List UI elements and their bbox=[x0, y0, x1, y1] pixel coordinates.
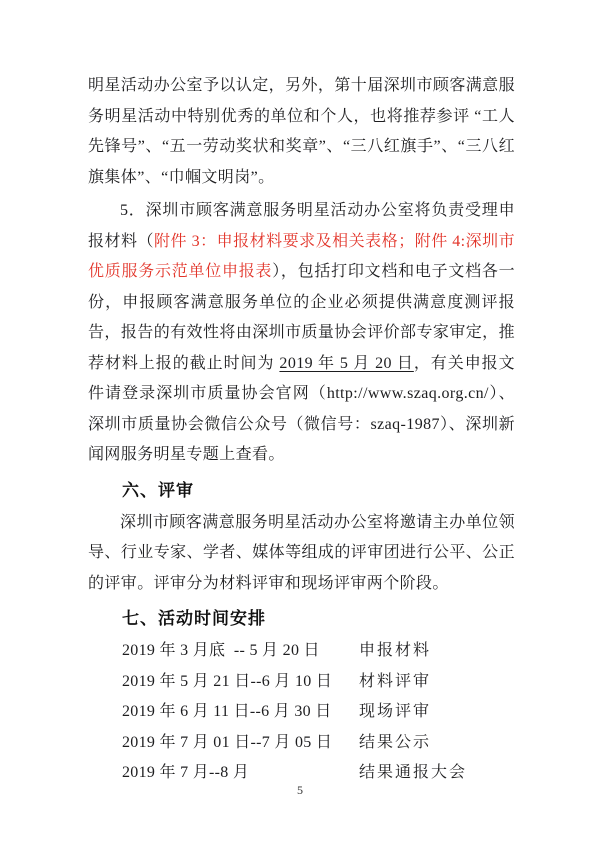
schedule-period: 2019 年 7 月 01 日--7 月 05 日 bbox=[122, 728, 359, 759]
paragraph-review: 深圳市顾客满意服务明星活动办公室将邀请主办单位领导、行业专家、学者、媒体等组成的… bbox=[88, 508, 515, 600]
schedule-row: 2019 年 6 月 11 日--6 月 30 日现场评审 bbox=[122, 697, 515, 728]
document-page: 明星活动办公室予以认定，另外，第十届深圳市顾客满意服务明星活动中特别优秀的单位和… bbox=[0, 0, 600, 848]
schedule-list: 2019 年 3 月底 -- 5 月 20 日申报材料2019 年 5 月 21… bbox=[88, 636, 515, 789]
text-segment: 深圳市顾客满意服务明星活动办公室将邀请主办单位领导、行业专家、学者、媒体等组成的… bbox=[88, 514, 515, 592]
document-content: 明星活动办公室予以认定，另外，第十届深圳市顾客满意服务明星活动中特别优秀的单位和… bbox=[88, 71, 515, 789]
schedule-task: 现场评审 bbox=[359, 697, 431, 728]
schedule-row: 2019 年 5 月 21 日--6 月 10 日材料评审 bbox=[122, 667, 515, 698]
deadline-date-underlined: 2019 年 5 月 20 日 bbox=[279, 355, 413, 372]
schedule-period: 2019 年 3 月底 -- 5 月 20 日 bbox=[122, 636, 359, 667]
schedule-row: 2019 年 7 月 01 日--7 月 05 日结果公示 bbox=[122, 728, 515, 759]
text-segment: 明星活动办公室予以认定，另外，第十届深圳市顾客满意服务明星活动中特别优秀的单位和… bbox=[88, 77, 515, 186]
schedule-period: 2019 年 6 月 11 日--6 月 30 日 bbox=[122, 697, 359, 728]
schedule-row: 2019 年 3 月底 -- 5 月 20 日申报材料 bbox=[122, 636, 515, 667]
section-heading-review: 六、评审 bbox=[88, 479, 515, 503]
page-number: 5 bbox=[0, 783, 600, 798]
paragraph-item-5: 5．深圳市顾客满意服务明星活动办公室将负责受理申报材料（附件 3：申报材料要求及… bbox=[88, 196, 515, 471]
paragraph-continuation: 明星活动办公室予以认定，另外，第十届深圳市顾客满意服务明星活动中特别优秀的单位和… bbox=[88, 71, 515, 193]
schedule-task: 材料评审 bbox=[359, 667, 431, 698]
schedule-task: 结果公示 bbox=[359, 728, 431, 759]
schedule-period: 2019 年 5 月 21 日--6 月 10 日 bbox=[122, 667, 359, 698]
schedule-task: 申报材料 bbox=[359, 636, 431, 667]
section-heading-schedule: 七、活动时间安排 bbox=[88, 607, 515, 631]
